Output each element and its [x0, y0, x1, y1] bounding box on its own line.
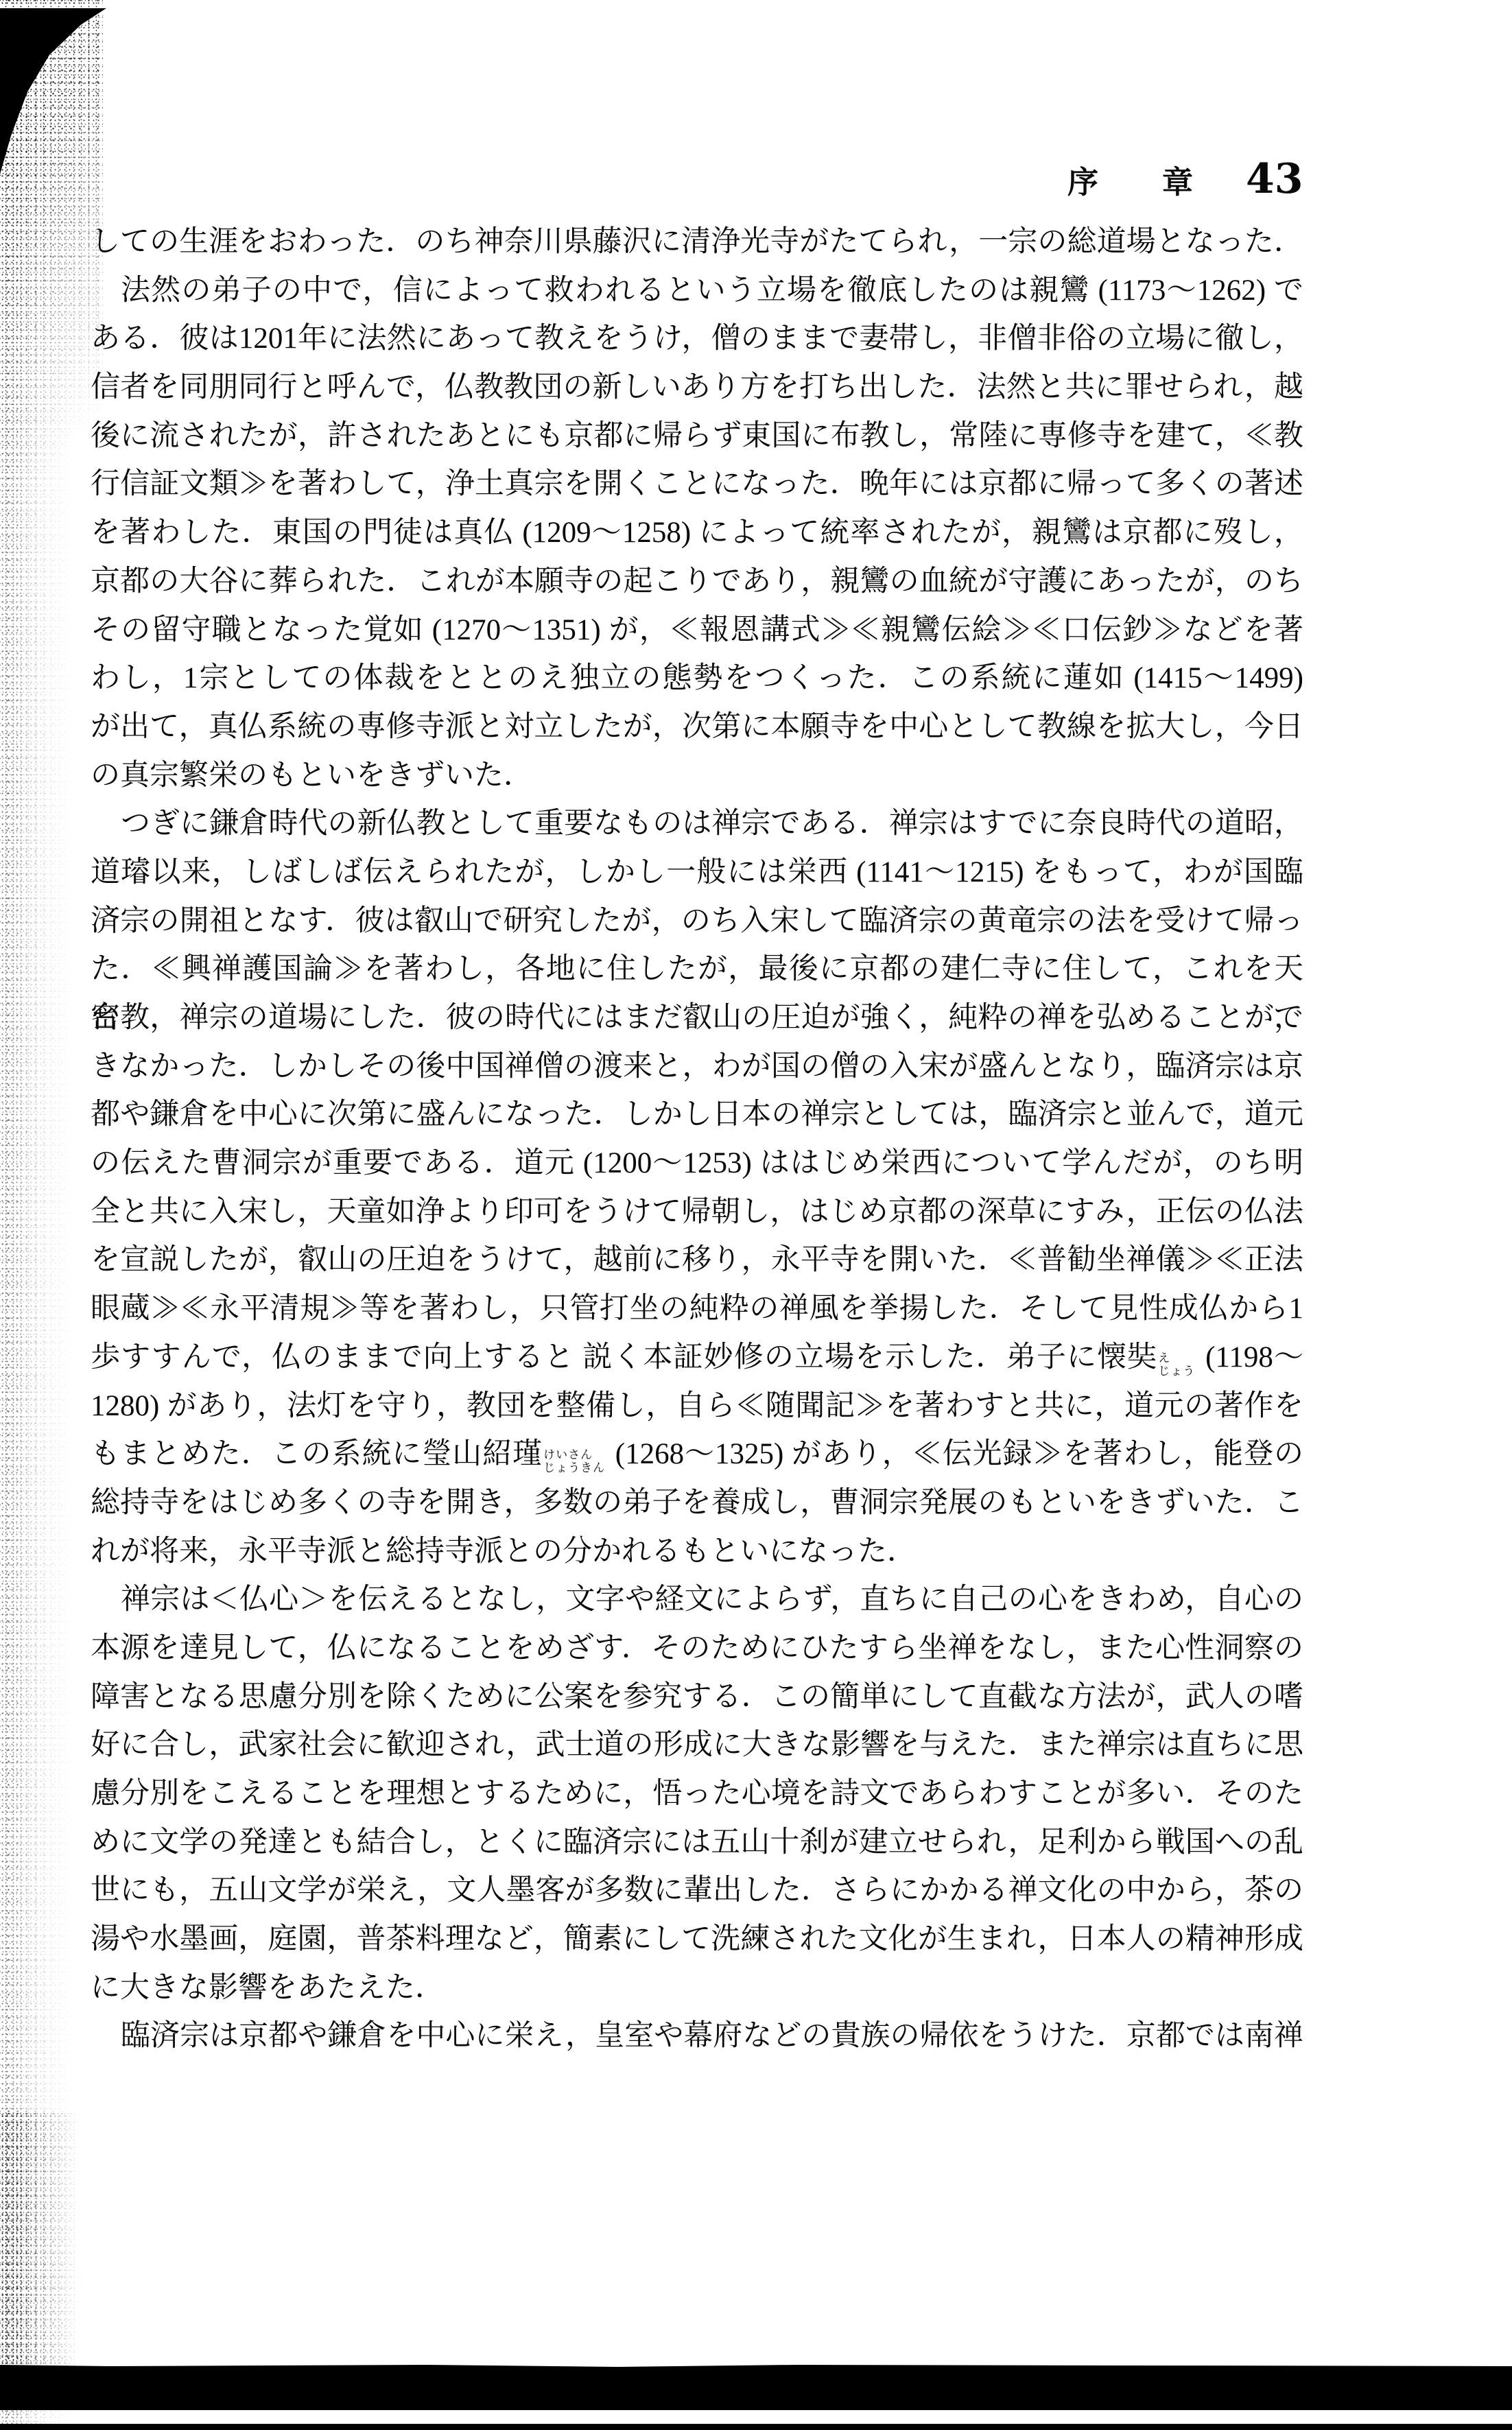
text-line: 信者を同朋同行と呼んで，仏教教団の新しいあり方を打ち出した．法然と共に罪せられ，… [91, 364, 1303, 412]
text-line: 障害となる思慮分別を除くために公案を参究する．この簡単にして直截な方法が，武人の… [91, 1673, 1303, 1722]
text-line: れが将来，永平寺派と総持寺派との分かれるもといになった． [91, 1528, 1303, 1577]
ruby-annotation: えじょう [1158, 1352, 1195, 1378]
text-line: 慮分別をこえることを理想とするために，悟った心境を詩文であらわすことが多い．その… [91, 1770, 1303, 1819]
text-line: を著わした．東国の門徒は真仏 (1209〜1258) によって統率されたが，親鸞… [91, 509, 1303, 558]
scan-bottom-bar [0, 2365, 1512, 2410]
chapter-title: 序 章 [1067, 157, 1194, 202]
text-line: 都や鎌倉を中心に次第に盛んになった．しかし日本の禅宗としては，臨済宗と並んで，道… [91, 1091, 1303, 1140]
text-line: めに文学の発達とも結合し，とくに臨済宗には五山十刹が建立せられ，足利から戦国への… [91, 1819, 1303, 1867]
text-line: 1280) があり，法灯を守り，教団を整備し，自ら≪随聞記≫を著わすと共に，道元… [91, 1382, 1303, 1431]
scan-noise-left-band [0, 0, 75, 2430]
scan-bottom-strip [0, 2424, 1512, 2430]
text-line: しての生涯をおわった．のち神奈川県藤沢に清浄光寺がたてられ，一宗の総道場となった… [91, 218, 1303, 267]
text-line: 行信証文類≫を著わして，浄土真宗を開くことになった．晩年には京都に帰って多くの著… [91, 460, 1303, 509]
text-line: 歩すすんで，仏のままで向上すると 説く本証妙修の立場を示した．弟子に懐奘えじょう… [91, 1334, 1303, 1382]
text-line: 密教，禅宗の道場にした．彼の時代にはまだ叡山の圧迫が強く，純粋の禅を弘めることが… [91, 994, 1303, 1043]
text-line: 湯や水墨画，庭園，普茶料理など，簡素にして洗練された文化が生まれ，日本人の精神形… [91, 1915, 1303, 1964]
text-line: の伝えた曹洞宗が重要である．道元 (1200〜1253) ははじめ栄西について学… [91, 1140, 1303, 1188]
text-line: ある．彼は1201年に法然にあって教えをうけ，僧のままで妻帯し，非僧非俗の立場に… [91, 315, 1303, 364]
text-line: 眼蔵≫≪永平清規≫等を著わし，只管打坐の純粋の禅風を挙揚した．そして見性成仏から… [91, 1285, 1303, 1334]
scan-noise-bottom-left [0, 2113, 82, 2367]
text-line: 総持寺をはじめ多くの寺を開き，多数の弟子を養成し，曹洞宗発展のもといをきずいた．… [91, 1479, 1303, 1528]
text-line: 禅宗は＜仏心＞を伝えるとなし，文字や経文によらず，直ちに自己の心をきわめ，自心の [91, 1576, 1303, 1625]
text-line: を宣説したが，叡山の圧迫をうけて，越前に移り，永平寺を開いた．≪普勧坐禅儀≫≪正… [91, 1236, 1303, 1285]
text-line: 後に流されたが，許されたあとにも京都に帰らず東国に布教し，常陸に専修寺を建て，≪… [91, 412, 1303, 461]
page-number: 43 [1246, 155, 1303, 203]
book-page: 序 章 43 しての生涯をおわった．のち神奈川県藤沢に清浄光寺がたてられ，一宗の… [0, 0, 1512, 2430]
text-line: 好に合し，武家社会に歓迎され，武士道の形成に大きな影響を与えた．また禅宗は直ちに… [91, 1721, 1303, 1770]
text-line: その留守職となった覚如 (1270〜1351) が，≪報恩講式≫≪親鸞伝絵≫≪口… [91, 606, 1303, 655]
text-line: 道璿以来，しばしば伝えられたが，しかし一般には栄西 (1141〜1215) をも… [91, 849, 1303, 897]
scan-corner-blot [0, 0, 117, 185]
text-line: きなかった．しかしその後中国禅僧の渡来と，わが国の僧の入宋が盛んとなり，臨済宗は… [91, 1043, 1303, 1092]
text-line: 全と共に入宋し，天童如浄より印可をうけて帰朝し，はじめ京都の深草にすみ，正伝の仏… [91, 1188, 1303, 1237]
text-line: 京都の大谷に葬られた．これが本願寺の起こりであり，親鸞の血統が守護にあったが，の… [91, 558, 1303, 606]
text-line: 法然の弟子の中で，信によって救われるという立場を徹底したのは親鸞 (1173〜1… [91, 267, 1303, 316]
text-line: つぎに鎌倉時代の新仏教として重要なものは禅宗である．禅宗はすでに奈良時代の道昭， [91, 800, 1303, 849]
body-lines: しての生涯をおわった．のち神奈川県藤沢に清浄光寺がたてられ，一宗の総道場となった… [91, 218, 1303, 2061]
text-line: が出て，真仏系統の専修寺派と対立したが，次第に本願寺を中心として教線を拡大し，今… [91, 703, 1303, 752]
text-line: わし，1宗としての体裁をととのえ独立の態勢をつくった．この系統に蓮如 (1415… [91, 654, 1303, 703]
text-line: の真宗繁栄のもといをきずいた． [91, 752, 1303, 801]
text-line: 済宗の開祖となす．彼は叡山で研究したが，のち入宋して臨済宗の黄竜宗の法を受けて帰… [91, 897, 1303, 946]
text-line: もまとめた．この系統に瑩山紹瑾けいさんじょうきん (1268〜1325) があり… [91, 1430, 1303, 1479]
ruby-annotation: けいさんじょうきん [543, 1448, 605, 1474]
text-line: 世にも，五山文学が栄え，文人墨客が多数に輩出した．さらにかかる禅文化の中から，茶… [91, 1867, 1303, 1915]
page-header: 序 章 43 [1067, 155, 1303, 203]
text-line: 本源を達見して，仏になることをめざす．そのためにひたすら坐禅をなし，また心性洞察… [91, 1625, 1303, 1673]
text-line: た．≪興禅護国論≫を著わし，各地に住したが，最後に京都の建仁寺に住して，これを天… [91, 945, 1303, 994]
text-line: に大きな影響をあたえた． [91, 1964, 1303, 2013]
text-line: 臨済宗は京都や鎌倉を中心に栄え，皇室や幕府などの貴族の帰依をうけた．京都では南禅 [91, 2012, 1303, 2061]
